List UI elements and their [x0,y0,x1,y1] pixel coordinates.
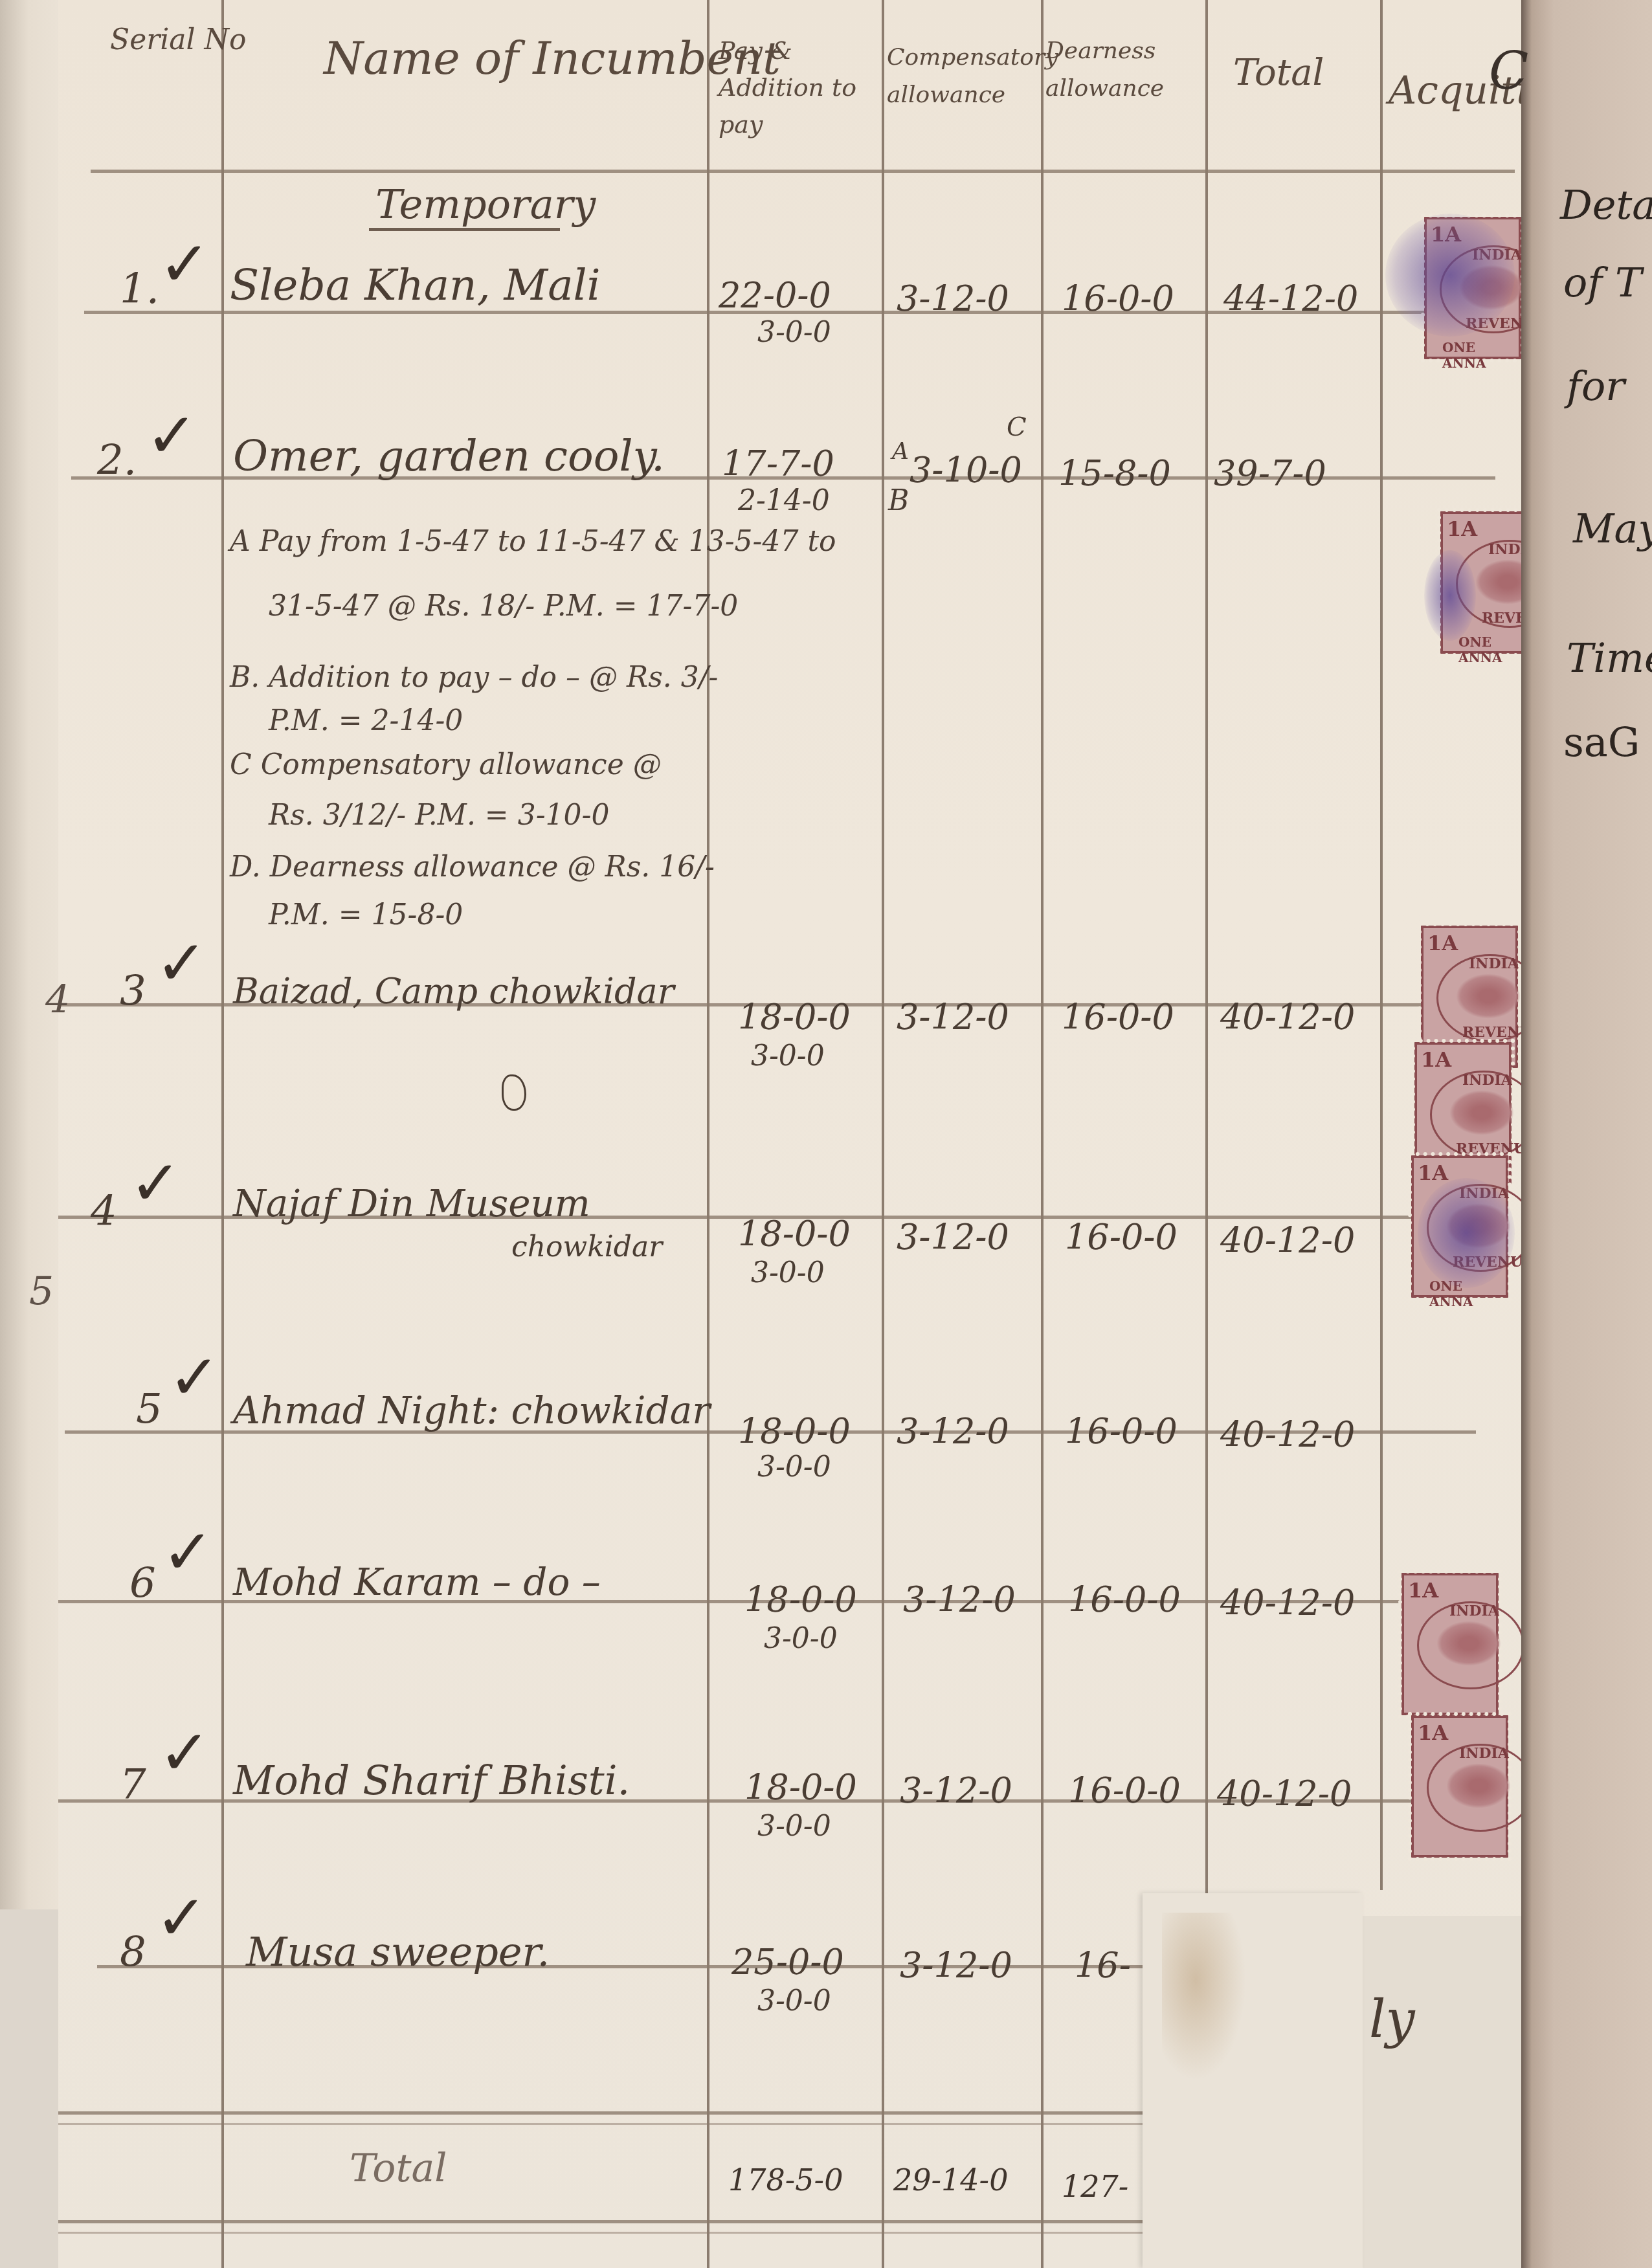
row-7-addl-pay: 3-0-0 [757,1812,831,1841]
note-c-line-2: Rs. 3/12/- P.M. = 3-10-0 [269,801,609,830]
row-1-total: 44-12-0 [1223,282,1358,317]
header-pay: Pay & Addition to pay [719,32,874,143]
row-1-dearness: 16-0-0 [1062,282,1174,317]
note-a-line-1: A Pay from 1-5-47 to 11-5-47 & 13-5-47 t… [230,528,836,556]
total-dearness: 127- [1062,2172,1128,2201]
stamp-denomination: ONE ANNA [1442,340,1519,371]
overlap-text-2: of T [1563,259,1642,306]
check-mark-icon: ✓ [155,932,207,994]
row-3-serial: 3 [120,971,146,1012]
section-heading: Temporary [375,184,596,225]
row-2-total: 39-7-0 [1214,456,1326,491]
cancellation-ink [1385,214,1515,337]
row-6-total: 40-12-0 [1220,1586,1355,1621]
row-2-comp-mark-top: C [1007,414,1027,440]
note-c-line-1: C Compensatory allowance @ [230,751,662,779]
check-mark-icon: ✓ [159,233,210,295]
section-heading-underline [369,228,560,231]
row-3-dearness: 16-0-0 [1062,1000,1174,1035]
overlap-text-6: saG [1563,718,1640,766]
row-2-name: Omer, garden cooly. [233,435,665,478]
total-rule-top [58,2111,1159,2115]
row-7-name: Mohd Sharif Bhisti. [233,1761,630,1801]
stamp-value: 1A [1421,1047,1451,1072]
column-rule-total [1380,0,1383,1890]
stamp-country: INDIA [1449,1603,1499,1619]
row-5-compensatory: 3-12-0 [897,1414,1009,1449]
row-7-pay: 18-0-0 [744,1770,857,1805]
row-2-comp-mark: A [892,440,909,463]
row-1-addl-pay: 3-0-0 [757,318,831,347]
row-8-compensatory: 3-12-0 [900,1948,1012,1983]
stamp-value: 1A [1427,931,1458,955]
check-mark-icon: ✓ [168,1346,220,1408]
row-5-dearness: 16-0-0 [1065,1414,1178,1449]
row-2-compensatory: 3-10-0 [910,453,1022,488]
row-4-dearness: 16-0-0 [1065,1220,1178,1255]
row-6-dearness: 16-0-0 [1068,1583,1181,1618]
check-mark-icon: ✓ [146,405,197,467]
header-serial: Serial No [110,26,247,54]
row-4-name: Najaf Din Museum [233,1184,590,1222]
stamp-emblem-icon [1446,1763,1511,1808]
column-rule-compensatory [1041,0,1044,2268]
note-d-line-2: P.M. = 15-8-0 [269,901,463,929]
row-2-addl-mark: B [888,487,909,515]
check-mark-icon: ✓ [159,1722,210,1784]
row-3-compensatory: 3-12-0 [897,1000,1009,1035]
row-7-dearness: 16-0-0 [1068,1773,1181,1808]
row-5-addl-pay: 3-0-0 [757,1453,831,1482]
row-2-dearness: 15-8-0 [1058,456,1171,491]
torn-flap-right: ly [1363,1916,1521,2268]
row-7-compensatory: 3-12-0 [900,1773,1012,1808]
row-2-pay: 17-7-0 [722,447,834,482]
row-6-pay: 18-0-0 [744,1583,857,1618]
row-6-compensatory: 3-12-0 [903,1583,1016,1618]
flap-text: ly [1369,1994,1415,2045]
row-6-serial: 6 [129,1563,156,1605]
row-5-name: Ahmad Night: chowkidar [233,1392,710,1429]
row-2-addl-pay: 2-14-0 [738,487,830,515]
stamp-country: INDIA [1462,1072,1512,1089]
row-4-name-line-2: chowkidar [511,1233,662,1262]
total-label: Total [350,2149,447,2188]
row-1-pay: 22-0-0 [719,278,831,313]
note-b-line-2: P.M. = 2-14-0 [269,707,463,735]
stamp-emblem-icon [1449,1090,1514,1135]
row-5-pay: 18-0-0 [738,1414,851,1449]
check-mark-icon: ✓ [162,1521,214,1583]
row-6-name: Mohd Karam – do – [233,1563,601,1601]
cancellation-ink [1424,550,1476,641]
note-d-line-1: D. Dearness allowance @ Rs. 16/- [230,853,715,882]
header-name: Name of Incumbent [324,36,781,81]
column-rule-pay [882,0,884,2268]
row-5-serial: 5 [136,1388,162,1430]
stamp-value: 1A [1418,1161,1448,1185]
row-3-total: 40-12-0 [1220,1000,1355,1035]
row-5-total: 40-12-0 [1220,1417,1355,1452]
water-stain [1162,1913,1246,2081]
cancellation-ink [1418,1178,1515,1288]
row-7-total: 40-12-0 [1217,1777,1352,1812]
total-rule-bottom [58,2220,1159,2223]
note-a-line-2: 31-5-47 @ Rs. 18/- P.M. = 17-7-0 [269,592,738,621]
row-8-pay: 25-0-0 [731,1945,844,1980]
total-rule-bottom-double [58,2232,1159,2234]
row-4-addl-pay: 3-0-0 [751,1259,825,1287]
revenue-stamp: 1A INDIA [1411,1715,1508,1858]
stamp-country: INDIA [1469,955,1519,972]
row-7-serial: 7 [120,1764,146,1805]
row-4-compensatory: 3-12-0 [897,1220,1009,1255]
torn-flap [1143,1893,1363,2268]
overlap-text-3: for [1567,362,1625,410]
overlap-text-5: Time [1567,634,1652,682]
acquittance-fragment: C [1489,45,1528,97]
row-1-serial: 1. [120,269,159,310]
header-rule [91,170,1515,173]
total-compensatory: 29-14-0 [893,2165,1008,2195]
row-8-dearness: 16- [1075,1948,1131,1983]
row-4-total: 40-12-0 [1220,1223,1355,1258]
row-6-addl-pay: 3-0-0 [764,1625,838,1653]
margin-mark-5: 5 [29,1269,54,1314]
row-8-serial: 8 [120,1932,146,1973]
revenue-stamp: 1A INDIA [1401,1573,1499,1715]
header-compensatory: Compensatory allowance [887,39,1049,113]
row-2-serial: 2. [97,440,137,482]
margin-mark-4: 4 [45,977,70,1023]
stamp-emblem-icon [1456,973,1521,1019]
overlap-text-1: Detail [1560,181,1652,228]
row-3-pay: 18-0-0 [738,1000,851,1035]
row-4-pay: 18-0-0 [738,1217,851,1252]
stamp-country: INDIA [1459,1745,1509,1762]
overlapping-page: Detail of T for May Time saG [1521,0,1652,2268]
stamp-value: 1A [1408,1578,1438,1603]
row-1-compensatory: 3-12-0 [897,282,1009,317]
overlap-text-4: May [1573,505,1652,552]
stamp-value: 1A [1447,517,1477,541]
row-8-name: Musa sweeper. [246,1932,550,1972]
row-3-name: Baizad, Camp chowkidar [233,974,674,1009]
note-b-line-1: B. Addition to pay – do – @ Rs. 3/- [230,663,718,692]
stamp-value: 1A [1418,1720,1448,1745]
column-rule-name [707,0,709,2268]
row-8-addl-pay: 3-0-0 [757,1987,831,2016]
stamp-emblem-icon [1436,1621,1501,1666]
row-1-name: Sleba Khan, Mali [230,264,601,307]
header-total: Total [1233,55,1324,91]
column-rule-serial [221,0,224,2268]
row-3-addl-pay: 3-0-0 [751,1042,825,1071]
check-mark-icon: ✓ [129,1152,181,1214]
total-pay: 178-5-0 [728,2165,843,2195]
total-rule-top-double [58,2123,1159,2125]
header-dearness: Dearness allowance [1045,32,1201,107]
row-4-serial: 4 [91,1191,117,1232]
check-mark-icon: ✓ [155,1887,207,1949]
